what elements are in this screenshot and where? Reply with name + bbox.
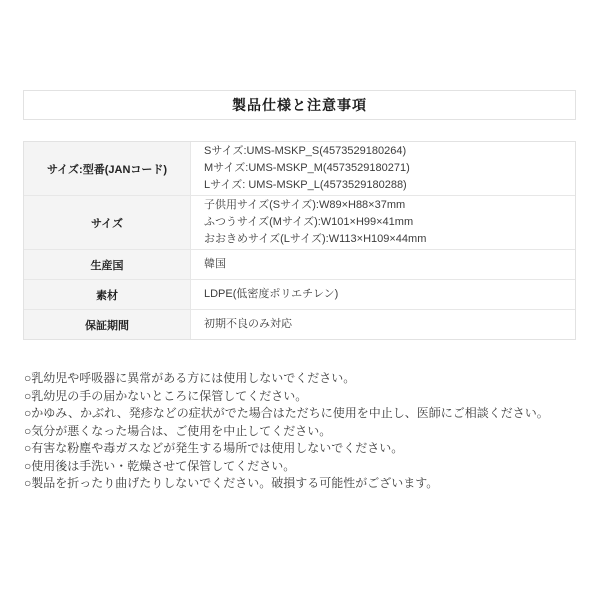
- value-line: LDPE(低密度ポリエチレン): [204, 286, 575, 303]
- row-label: サイズ:型番(JANコード): [24, 142, 191, 195]
- row-value: 子供用サイズ(Sサイズ):W89×H88×37mm ふつうサイズ(Mサイズ):W…: [191, 196, 575, 249]
- value-line: Lサイズ: UMS-MSKP_L(4573529180288): [204, 177, 575, 194]
- value-line: おおきめサイズ(Lサイズ):W113×H109×44mm: [204, 231, 575, 248]
- row-label: 生産国: [24, 250, 191, 279]
- page-title: 製品仕様と注意事項: [232, 95, 367, 115]
- precaution-item: ○かゆみ、かぶれ、発疹などの症状がでた場合はただちに使用を中止し、医師にご相談く…: [24, 405, 580, 423]
- row-value: LDPE(低密度ポリエチレン): [191, 280, 575, 309]
- value-line: Mサイズ:UMS-MSKP_M(4573529180271): [204, 160, 575, 177]
- precaution-item: ○使用後は手洗い・乾燥させて保管してください。: [24, 458, 580, 476]
- table-row-size: サイズ 子供用サイズ(Sサイズ):W89×H88×37mm ふつうサイズ(Mサイ…: [24, 195, 575, 249]
- row-value: 韓国: [191, 250, 575, 279]
- precaution-item: ○有害な粉塵や毒ガスなどが発生する場所では使用しないでください。: [24, 440, 580, 458]
- value-line: 子供用サイズ(Sサイズ):W89×H88×37mm: [204, 197, 575, 214]
- table-row-warranty: 保証期間 初期不良のみ対応: [24, 309, 575, 339]
- precaution-item: ○気分が悪くなった場合は、ご使用を中止してください。: [24, 423, 580, 441]
- row-value: Sサイズ:UMS-MSKP_S(4573529180264) Mサイズ:UMS-…: [191, 142, 575, 195]
- precaution-item: ○製品を折ったり曲げたりしないでください。破損する可能性がございます。: [24, 475, 580, 493]
- table-row-model-number: サイズ:型番(JANコード) Sサイズ:UMS-MSKP_S(457352918…: [24, 142, 575, 195]
- table-row-country: 生産国 韓国: [24, 249, 575, 279]
- table-row-material: 素材 LDPE(低密度ポリエチレン): [24, 279, 575, 309]
- row-label: 保証期間: [24, 310, 191, 339]
- precaution-item: ○乳幼児の手の届かないところに保管してください。: [24, 388, 580, 406]
- precaution-item: ○乳幼児や呼吸器に異常がある方には使用しないでください。: [24, 370, 580, 388]
- row-label: サイズ: [24, 196, 191, 249]
- row-value: 初期不良のみ対応: [191, 310, 575, 339]
- value-line: 初期不良のみ対応: [204, 316, 575, 333]
- row-label: 素材: [24, 280, 191, 309]
- precautions-list: ○乳幼児や呼吸器に異常がある方には使用しないでください。 ○乳幼児の手の届かない…: [24, 370, 580, 493]
- section-title-box: 製品仕様と注意事項: [23, 90, 576, 120]
- value-line: ふつうサイズ(Mサイズ):W101×H99×41mm: [204, 214, 575, 231]
- value-line: 韓国: [204, 256, 575, 273]
- spec-table: サイズ:型番(JANコード) Sサイズ:UMS-MSKP_S(457352918…: [23, 141, 576, 340]
- value-line: Sサイズ:UMS-MSKP_S(4573529180264): [204, 143, 575, 160]
